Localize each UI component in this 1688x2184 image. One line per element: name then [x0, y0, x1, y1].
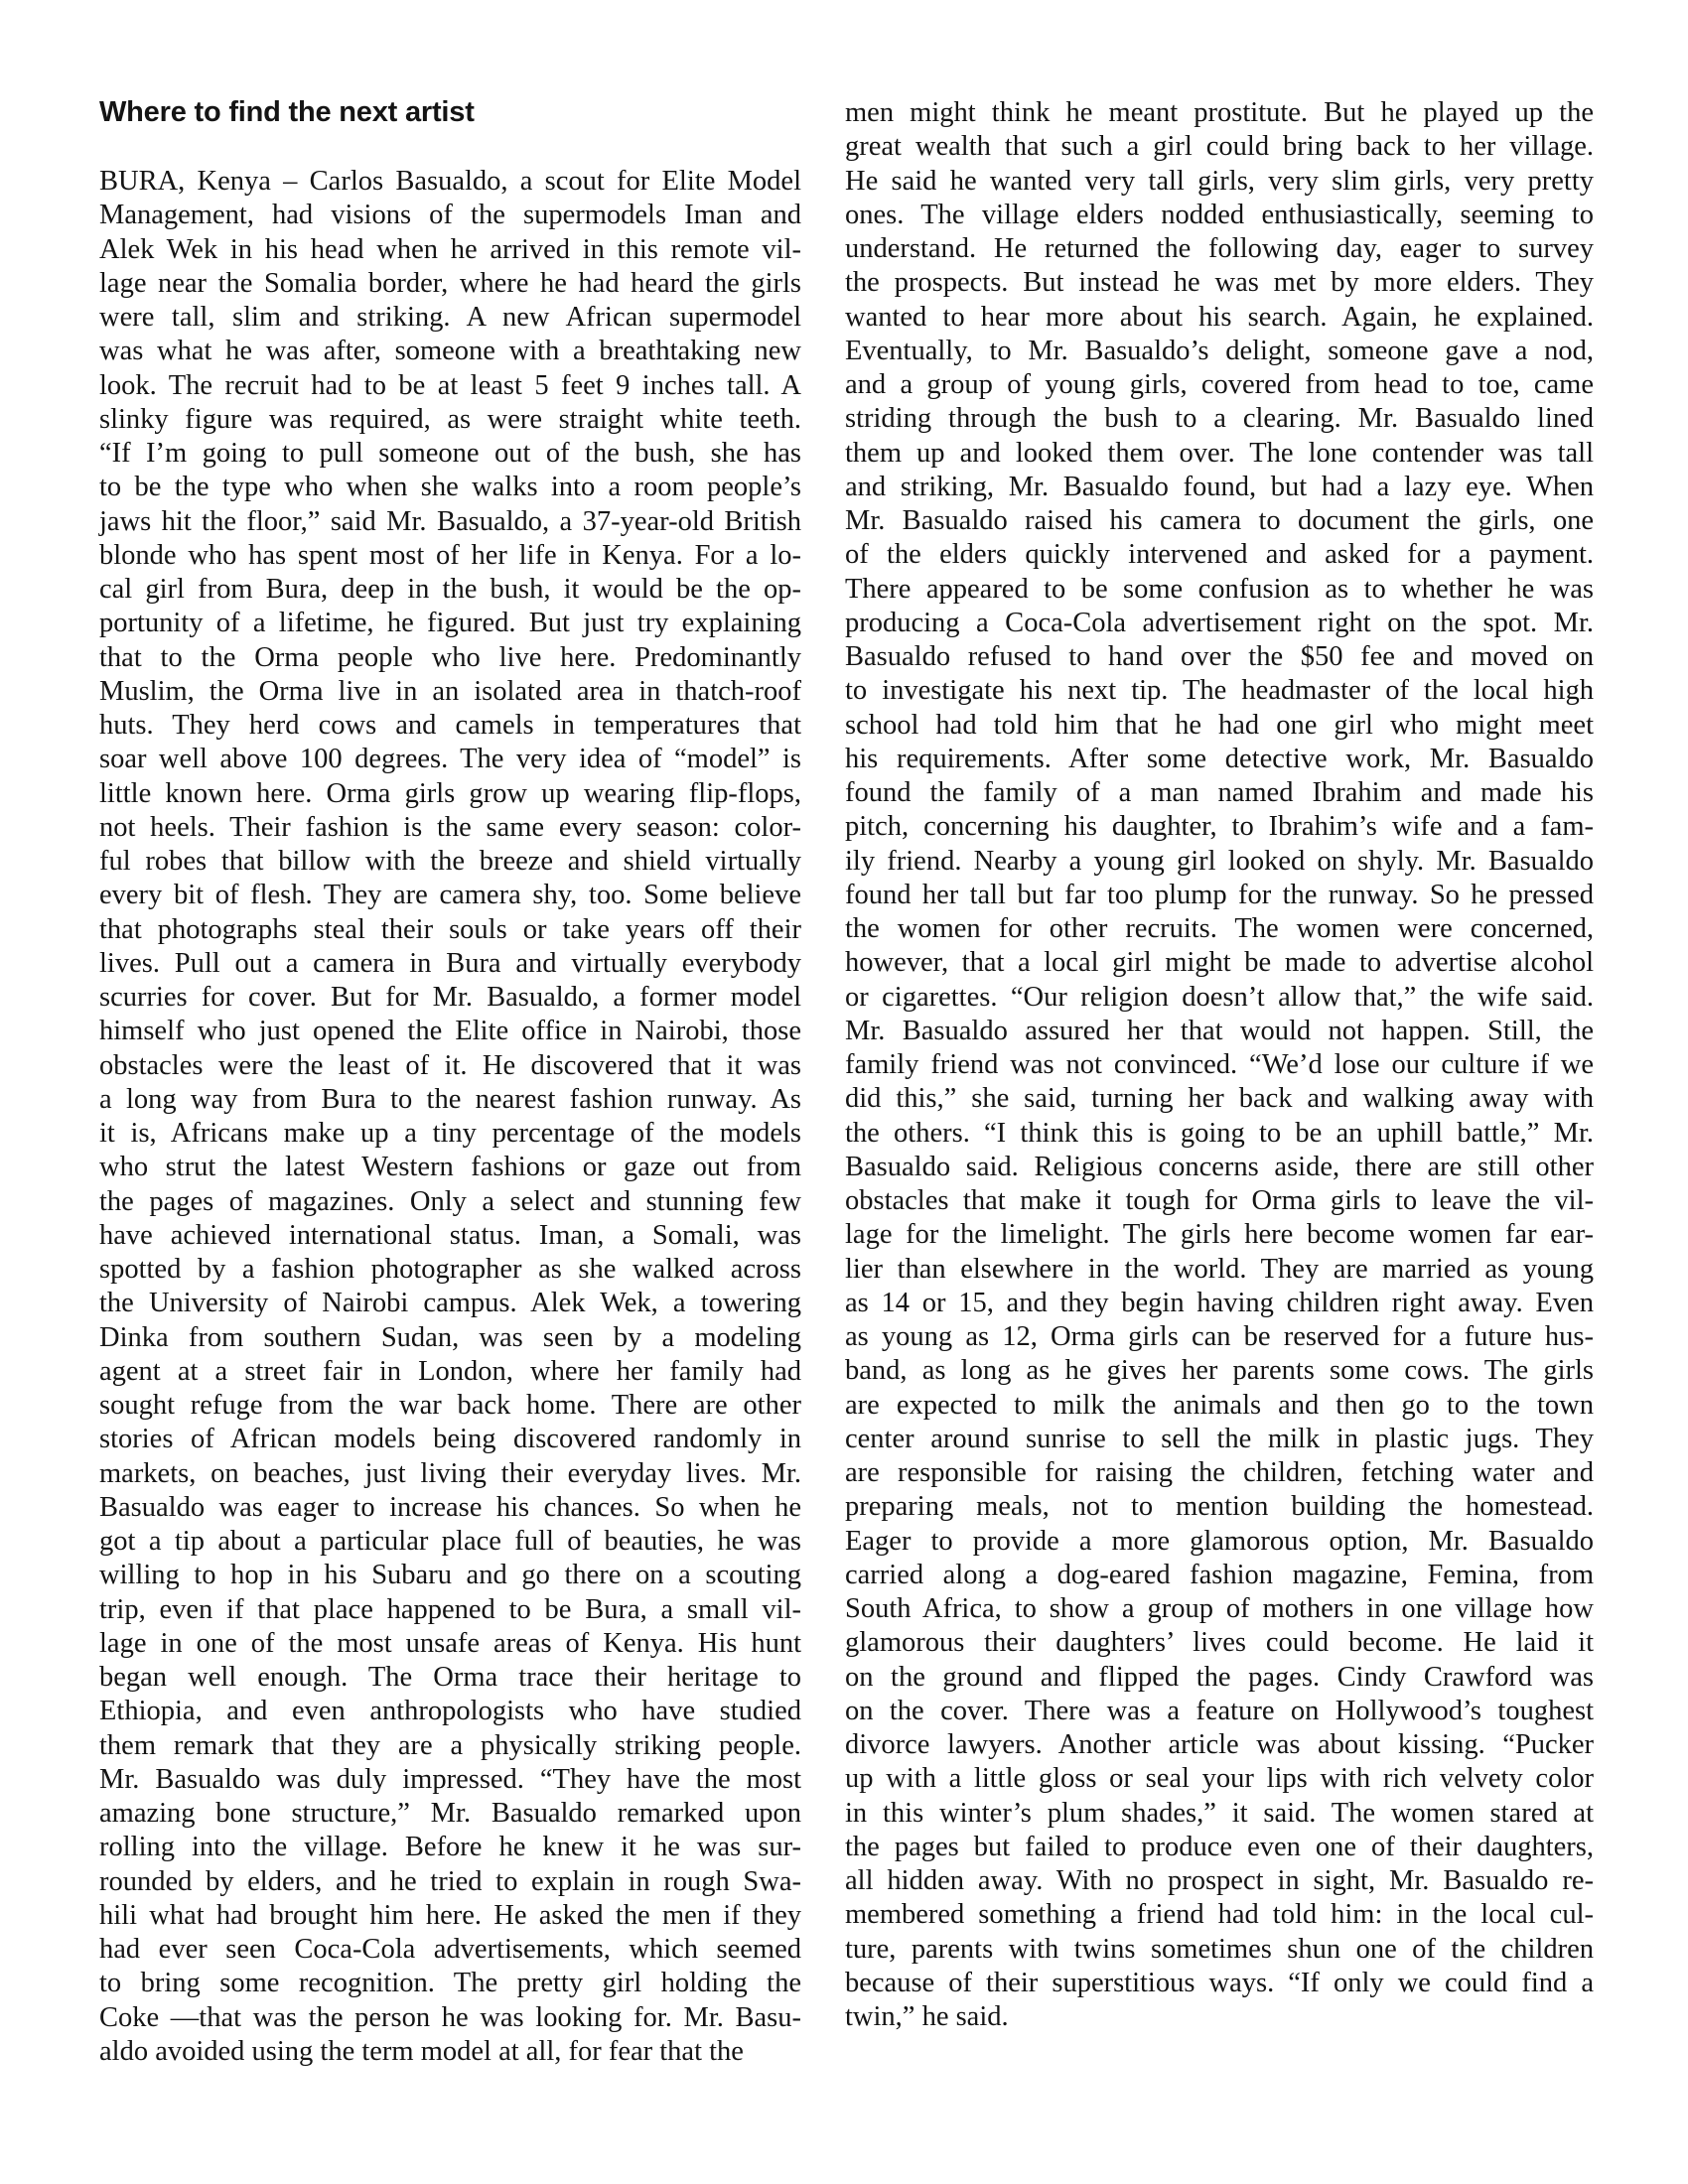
text-line: however, that a local girl might be made… [845, 946, 1594, 980]
text-line: “If I’m going to pull someone out of the… [99, 437, 801, 471]
text-line: did this,” she said, turning her back an… [845, 1082, 1594, 1116]
text-line: striding through the bush to a clearing.… [845, 402, 1594, 436]
text-line: Basualdo said. Religious concerns aside,… [845, 1151, 1594, 1184]
article-column-right: men might think he meant prostitute. But… [845, 96, 1594, 2034]
article-title: Where to find the next artist [99, 96, 475, 129]
text-line: ture, parents with twins sometimes shun … [845, 1933, 1594, 1967]
text-line: the others. “I think this is going to be… [845, 1117, 1594, 1151]
text-line: Alek Wek in his head when he arrived in … [99, 233, 801, 267]
text-line: or cigarettes. “Our religion doesn’t all… [845, 981, 1594, 1015]
text-line: them up and looked them over. The lone c… [845, 437, 1594, 471]
text-line: lives. Pull out a camera in Bura and vir… [99, 947, 801, 981]
text-line: There appeared to be some confusion as t… [845, 573, 1594, 607]
text-line: to be the type who when she walks into a… [99, 471, 801, 504]
text-line: men might think he meant prostitute. But… [845, 96, 1594, 130]
text-line: great wealth that such a girl could brin… [845, 130, 1594, 164]
text-line: who strut the latest Western fashions or… [99, 1151, 801, 1184]
text-line: on the ground and flipped the pages. Cin… [845, 1661, 1594, 1695]
text-line: stories of African models being discover… [99, 1423, 801, 1456]
text-line: because of their superstitious ways. “If… [845, 1967, 1594, 2000]
text-line: Mr. Basualdo raised his camera to docume… [845, 504, 1594, 538]
text-line: pitch, concerning his daughter, to Ibrah… [845, 810, 1594, 844]
text-line: the University of Nairobi campus. Alek W… [99, 1287, 801, 1320]
text-line: sought refuge from the war back home. Th… [99, 1389, 801, 1423]
text-line: little known here. Orma girls grow up we… [99, 777, 801, 811]
text-line: were tall, slim and striking. A new Afri… [99, 301, 801, 335]
text-line: as 14 or 15, and they begin having child… [845, 1287, 1594, 1320]
text-line: are responsible for raising the children… [845, 1456, 1594, 1490]
text-line: preparing meals, not to mention building… [845, 1490, 1594, 1524]
text-line: twin,” he said. [845, 2000, 1594, 2034]
text-line: amazing bone structure,” Mr. Basualdo re… [99, 1797, 801, 1831]
text-line: markets, on beaches, just living their e… [99, 1457, 801, 1491]
text-line: began well enough. The Orma trace their … [99, 1661, 801, 1695]
text-line: South Africa, to show a group of mothers… [845, 1592, 1594, 1626]
text-line: Mr. Basualdo was duly impressed. “They h… [99, 1763, 801, 1797]
text-line: up with a little gloss or seal your lips… [845, 1762, 1594, 1796]
text-line: family friend was not convinced. “We’d l… [845, 1048, 1594, 1082]
text-line: school had told him that he had one girl… [845, 709, 1594, 743]
text-line: in this winter’s plum shades,” it said. … [845, 1797, 1594, 1831]
text-line: lage for the limelight. The girls here b… [845, 1218, 1594, 1252]
text-line: to bring some recognition. The pretty gi… [99, 1967, 801, 2000]
text-line: are expected to milk the animals and the… [845, 1389, 1594, 1423]
text-line: Muslim, the Orma live in an isolated are… [99, 675, 801, 709]
article-column-left: BURA, Kenya – Carlos Basualdo, a scout f… [99, 165, 801, 2069]
text-line: hili what had brought him here. He asked… [99, 1899, 801, 1933]
text-line: not heels. Their fashion is the same eve… [99, 811, 801, 845]
text-line: carried along a dog-eared fashion magazi… [845, 1559, 1594, 1592]
text-line: willing to hop in his Subaru and go ther… [99, 1559, 801, 1592]
text-line: blonde who has spent most of her life in… [99, 539, 801, 573]
text-line: the pages but failed to produce even one… [845, 1831, 1594, 1864]
text-line: to investigate his next tip. The headmas… [845, 674, 1594, 708]
text-line: ily friend. Nearby a young girl looked o… [845, 845, 1594, 879]
text-line: look. The recruit had to be at least 5 f… [99, 369, 801, 403]
text-line: that to the Orma people who live here. P… [99, 641, 801, 675]
text-line: Management, had visions of the supermode… [99, 199, 801, 232]
text-line: as young as 12, Orma girls can be reserv… [845, 1320, 1594, 1354]
text-line: found her tall but far too plump for the… [845, 879, 1594, 912]
text-line: divorce lawyers. Another article was abo… [845, 1728, 1594, 1762]
text-line: had ever seen Coca-Cola advertisements, … [99, 1933, 801, 1967]
text-line: was what he was after, someone with a br… [99, 335, 801, 368]
text-line: cal girl from Bura, deep in the bush, it… [99, 573, 801, 607]
text-line: trip, even if that place happened to be … [99, 1593, 801, 1627]
text-line: lier than elsewhere in the world. They a… [845, 1253, 1594, 1287]
text-line: aldo avoided using the term model at all… [99, 2035, 801, 2069]
text-line: Basualdo was eager to increase his chanc… [99, 1491, 801, 1525]
text-line: BURA, Kenya – Carlos Basualdo, a scout f… [99, 165, 801, 199]
text-line: slinky figure was required, as were stra… [99, 403, 801, 437]
text-line: spotted by a fashion photographer as she… [99, 1253, 801, 1287]
text-line: a long way from Bura to the nearest fash… [99, 1083, 801, 1117]
text-line: of the elders quickly intervened and ask… [845, 538, 1594, 572]
text-line: got a tip about a particular place full … [99, 1525, 801, 1559]
text-line: Mr. Basualdo assured her that would not … [845, 1015, 1594, 1048]
text-line: obstacles were the least of it. He disco… [99, 1049, 801, 1083]
text-line: Ethiopia, and even anthropologists who h… [99, 1695, 801, 1728]
text-line: on the cover. There was a feature on Hol… [845, 1695, 1594, 1728]
text-line: himself who just opened the Elite office… [99, 1015, 801, 1048]
text-line: it is, Africans make up a tiny percentag… [99, 1117, 801, 1151]
text-line: that photographs steal their souls or ta… [99, 913, 801, 947]
text-line: scurries for cover. But for Mr. Basualdo… [99, 981, 801, 1015]
text-line: agent at a street fair in London, where … [99, 1355, 801, 1389]
text-line: wanted to hear more about his search. Ag… [845, 301, 1594, 335]
text-line: rolling into the village. Before he knew… [99, 1831, 801, 1864]
text-line: glamorous their daughters’ lives could b… [845, 1626, 1594, 1660]
text-line: producing a Coca-Cola advertisement righ… [845, 607, 1594, 640]
text-line: center around sunrise to sell the milk i… [845, 1423, 1594, 1456]
text-line: understand. He returned the following da… [845, 232, 1594, 266]
text-line: Dinka from southern Sudan, was seen by a… [99, 1321, 801, 1355]
text-line: and striking, Mr. Basualdo found, but ha… [845, 471, 1594, 504]
text-line: have achieved international status. Iman… [99, 1219, 801, 1253]
text-line: all hidden away. With no prospect in sig… [845, 1864, 1594, 1898]
text-line: portunity of a lifetime, he figured. But… [99, 607, 801, 640]
text-line: them remark that they are a physically s… [99, 1729, 801, 1763]
text-line: and a group of young girls, covered from… [845, 368, 1594, 402]
text-line: He said he wanted very tall girls, very … [845, 165, 1594, 199]
text-line: found the family of a man named Ibrahim … [845, 776, 1594, 810]
text-line: lage near the Somalia border, where he h… [99, 267, 801, 301]
text-line: Basualdo refused to hand over the $50 fe… [845, 640, 1594, 674]
text-line: jaws hit the floor,” said Mr. Basualdo, … [99, 505, 801, 539]
text-line: band, as long as he gives her parents so… [845, 1354, 1594, 1388]
text-line: rounded by elders, and he tried to expla… [99, 1865, 801, 1899]
text-line: his requirements. After some detective w… [845, 743, 1594, 776]
text-line: lage in one of the most unsafe areas of … [99, 1627, 801, 1661]
text-line: Eventually, to Mr. Basualdo’s delight, s… [845, 335, 1594, 368]
text-line: every bit of flesh. They are camera shy,… [99, 879, 801, 912]
text-line: the prospects. But instead he was met by… [845, 266, 1594, 300]
text-line: obstacles that make it tough for Orma gi… [845, 1184, 1594, 1218]
text-line: the pages of magazines. Only a select an… [99, 1185, 801, 1219]
text-line: Coke —that was the person he was looking… [99, 2001, 801, 2035]
text-line: ful robes that billow with the breeze an… [99, 845, 801, 879]
text-line: soar well above 100 degrees. The very id… [99, 743, 801, 776]
text-line: Eager to provide a more glamorous option… [845, 1525, 1594, 1559]
text-line: huts. They herd cows and camels in tempe… [99, 709, 801, 743]
text-line: ones. The village elders nodded enthusia… [845, 199, 1594, 232]
text-line: membered something a friend had told him… [845, 1898, 1594, 1932]
text-line: the women for other recruits. The women … [845, 912, 1594, 946]
